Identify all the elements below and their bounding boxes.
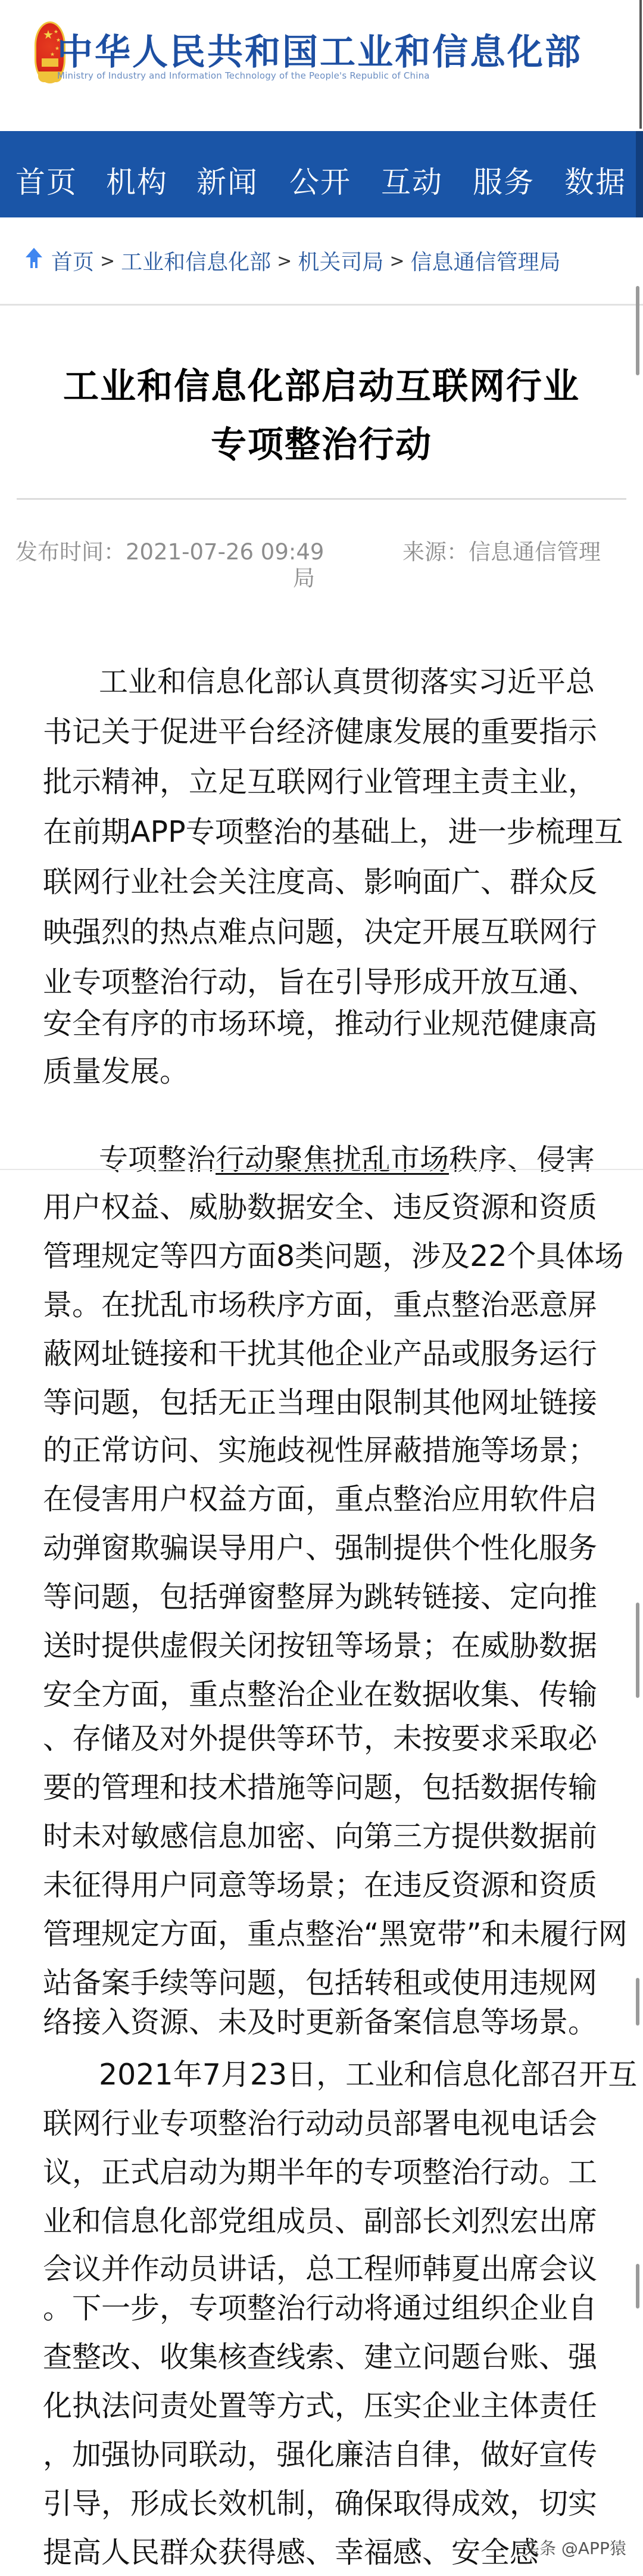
breadcrumb-separator: >	[389, 251, 404, 272]
paragraph-line: 、存储及对外提供等环节，未按要求采取必	[43, 1716, 597, 1757]
nav-item-interact[interactable]: 互动	[381, 158, 443, 201]
paragraph-line: 业和信息化部党组成员、副部长刘烈宏出席	[43, 2198, 597, 2240]
paragraph-line: 2021年7月23日，工业和信息化部召开互	[99, 2052, 637, 2093]
paragraph-line: 时未对敏感信息加密、向第三方提供数据前	[43, 1813, 597, 1855]
scrollbar-track	[636, 131, 643, 217]
scrollbar-thumb[interactable]	[636, 1603, 639, 1698]
paragraph-line: 提高人民群众获得感、幸福感、安全感	[43, 2530, 539, 2571]
paragraph-line: ，加强协同联动，强化廉洁自律，做好宣传	[43, 2432, 597, 2474]
nav-item-home[interactable]: 首页	[15, 158, 77, 201]
breadcrumb-departments[interactable]: 机关司局	[298, 250, 383, 275]
paragraph-line: 化执法问责处置等方式，压实企业主体责任	[43, 2383, 597, 2425]
paragraph-line: 引导，形成长效机制，确保取得成效，切实	[43, 2481, 597, 2522]
breadcrumb-home[interactable]: 首页	[51, 250, 94, 275]
paragraph-line: 在侵害用户权益方面，重点整治应用软件启	[43, 1476, 597, 1518]
paragraph-line: 要的管理和技术措施等问题，包括数据传输	[43, 1765, 597, 1806]
paragraph-line: 等问题，包括弹窗整屏为跳转链接、定向推	[43, 1574, 597, 1616]
home-icon[interactable]	[25, 247, 43, 275]
paragraph-line: 蔽网址链接和干扰其他企业产品或服务运行	[43, 1331, 597, 1373]
paragraph-line: 景。在扰乱市场秩序方面，重点整治恶意屏	[43, 1282, 597, 1324]
nav-item-data[interactable]: 数据	[564, 158, 626, 201]
paragraph-line: 安全方面，重点整治企业在数据收集、传输	[43, 1672, 597, 1713]
watermark: 头条 @APP猿	[523, 2535, 626, 2559]
paragraph-line: 查整改、收集核查线索、建立问题台账、强	[43, 2334, 597, 2376]
scrollbar-thumb[interactable]	[636, 286, 639, 375]
title-line: 工业和信息化部启动互联网行业	[0, 357, 643, 416]
paragraph-line: 映强烈的热点难点问题，决定开展互联网行	[43, 909, 597, 951]
source: 来源：信息通信管理	[402, 534, 601, 566]
publish-time: 发布时间：2021-07-26 09:49	[15, 534, 324, 566]
nav-item-service[interactable]: 服务	[473, 158, 535, 201]
paragraph-line: 用户权益、威胁数据安全、违反资源和资质	[43, 1184, 597, 1226]
paragraph-line: 工业和信息化部认真贯彻落实习近平总	[99, 659, 595, 701]
paragraph-line: 联网行业专项整治行动动员部署电视电话会	[43, 2101, 597, 2142]
breadcrumb-separator: >	[100, 251, 115, 272]
divider	[17, 498, 626, 500]
paragraph-line: 等问题，包括无正当理由限制其他网址链接	[43, 1380, 597, 1421]
paragraph-line: 在前期APP专项整治的基础上，进一步梳理互	[43, 809, 623, 851]
paragraph-line: 管理规定方面，重点整治“黑宽带”和未履行网	[43, 1911, 628, 1953]
divider	[0, 304, 643, 306]
paragraph-line: 动弹窗欺骗误导用户、强制提供个性化服务	[43, 1525, 597, 1567]
paragraph-line: 联网行业社会关注度高、影响面广、群众反	[43, 859, 597, 901]
paragraph-line: 管理规定等四方面8类问题，涉及22个具体场	[43, 1233, 624, 1275]
article-title: 工业和信息化部启动互联网行业 专项整治行动	[0, 357, 643, 474]
paragraph-line: 议，正式启动为期半年的专项整治行动。工	[43, 2149, 597, 2191]
paragraph-line: 会议并作动员讲话，总工程师韩夏出席会议	[43, 2246, 597, 2288]
paragraph-line: 的正常访问、实施歧视性屏蔽措施等场景；	[43, 1427, 597, 1469]
paragraph-line: 未征得用户同意等场景；在违反资源和资质	[43, 1862, 597, 1904]
paragraph-line: 站备案手续等问题，包括转租或使用违规网	[43, 1960, 597, 2002]
paragraph-line: 批示精神，立足互联网行业管理主责主业，	[43, 759, 597, 801]
scrollbar-thumb[interactable]	[636, 1978, 639, 2026]
title-line: 专项整治行动	[0, 416, 643, 474]
paragraph-line: 业专项整治行动，旨在引导形成开放互通、	[43, 959, 597, 1001]
nav-item-news[interactable]: 新闻	[196, 158, 258, 201]
scrollbar-thumb[interactable]	[636, 2264, 639, 2309]
underlined-text: 行动聚焦扰乱市场	[216, 1143, 449, 1177]
divider	[0, 1169, 643, 1170]
paragraph-line: 质量发展。	[43, 1049, 189, 1090]
paragraph-line: 书记关于促进平台经济健康发展的重要指示	[43, 709, 597, 751]
paragraph-line: 。下一步，专项整治行动将通过组织企业自	[43, 2285, 597, 2327]
breadcrumb-bureau[interactable]: 信息通信管理局	[410, 250, 560, 275]
paragraph-line: 送时提供虚假关闭按钮等场景；在威胁数据	[43, 1623, 597, 1665]
nav-item-public[interactable]: 公开	[289, 158, 351, 201]
scrollbar[interactable]	[639, 0, 642, 129]
breadcrumb-ministry[interactable]: 工业和信息化部	[121, 250, 271, 275]
site-subtitle: Ministry of Industry and Information Tec…	[57, 70, 430, 81]
nav-item-org[interactable]: 机构	[106, 158, 168, 201]
site-title[interactable]: 中华人民共和国工业和信息化部	[57, 24, 582, 75]
paragraph-line: 安全有序的市场环境，推动行业规范健康高	[43, 1001, 597, 1043]
breadcrumb: 首页>工业和信息化部>机关司局>信息通信管理局	[25, 245, 560, 281]
paragraph-line: 络接入资源、未及时更新备案信息等场景。	[43, 1999, 597, 2041]
paragraph-line: 专项整治行动聚焦扰乱市场秩序、侵害	[99, 1137, 595, 1178]
main-nav: 首页 机构 新闻 公开 互动 服务 数据	[0, 131, 643, 217]
source-overflow: 局	[293, 560, 315, 592]
breadcrumb-separator: >	[277, 251, 292, 272]
site-header: ★ ★ ★ ★ ★ 中华人民共和国工业和信息化部 Ministry of Ind…	[0, 0, 643, 129]
